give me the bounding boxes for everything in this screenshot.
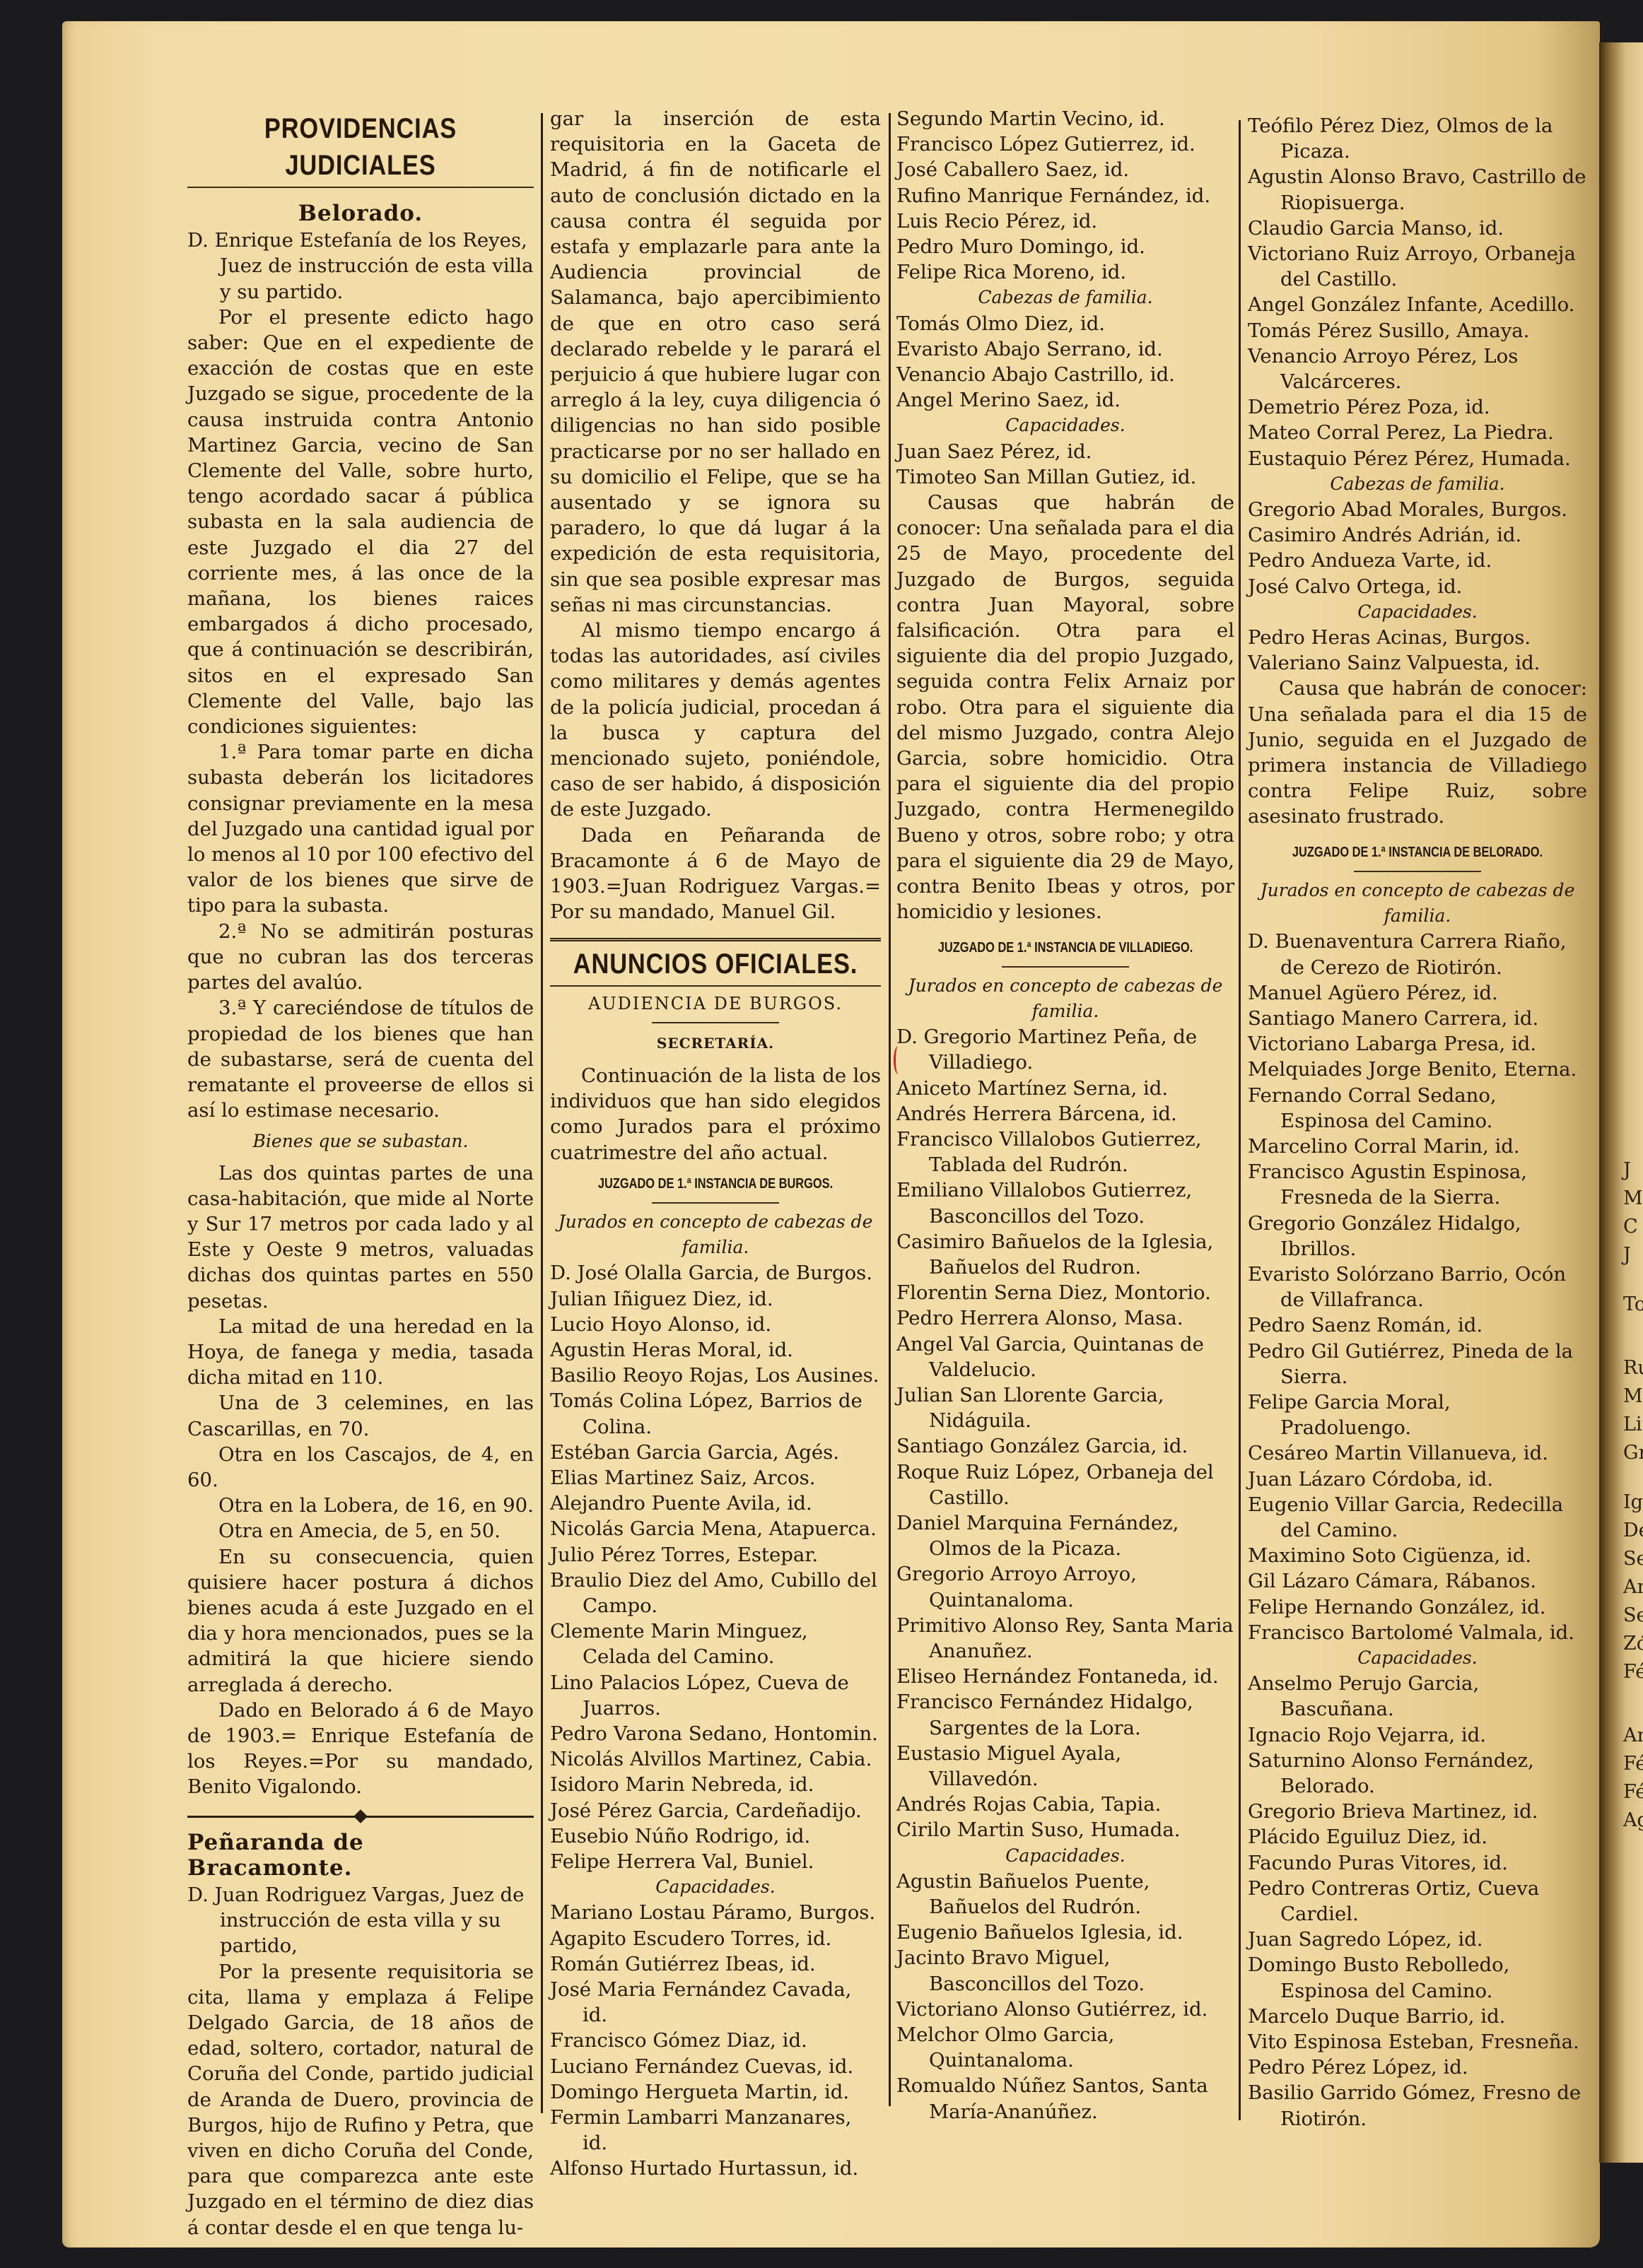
list-item: José Pérez Garcia, Cardeñadijo. bbox=[550, 1798, 881, 1823]
next-page-fragment: Féli bbox=[1623, 1781, 1643, 1803]
next-page-fragment: Féli bbox=[1623, 1753, 1643, 1775]
list-item: D. Gregorio Martinez Peña, de Villadiego… bbox=[896, 1024, 1234, 1075]
capacidades-heading: Capacidades. bbox=[1248, 1645, 1587, 1671]
short-rule bbox=[652, 1202, 779, 1204]
continued-paragraph: gar la inserción de esta requisitoria en… bbox=[550, 106, 881, 618]
list-item: Andrés Rojas Cabia, Tapia. bbox=[896, 1792, 1234, 1817]
list-item: Julian Iñiguez Diez, id. bbox=[550, 1286, 881, 1312]
goods-heading: Bienes que se subastan. bbox=[187, 1129, 534, 1154]
list-item: Eliseo Hernández Fontaneda, id. bbox=[896, 1664, 1234, 1689]
list-item: Agustin Heras Moral, id. bbox=[550, 1337, 881, 1363]
list-item: Basilio Garrido Gómez, Fresno de Riotiró… bbox=[1248, 2080, 1587, 2131]
list-item: Marcelo Duque Barrio, id. bbox=[1248, 2004, 1587, 2029]
list-item: Eugenio Villar Garcia, Redecilla del Cam… bbox=[1248, 1492, 1587, 1543]
list-item: Florentin Serna Diez, Montorio. bbox=[896, 1280, 1234, 1305]
list-item: Demetrio Pérez Poza, id. bbox=[1248, 394, 1587, 420]
short-rule bbox=[652, 1022, 779, 1023]
list-item: Gregorio Brieva Martinez, id. bbox=[1248, 1799, 1587, 1824]
list-item: Juan Lázaro Córdoba, id. bbox=[1248, 1467, 1587, 1492]
list-item: Francisco Gómez Diaz, id. bbox=[550, 2028, 881, 2053]
list-item: Teófilo Pérez Diez, Olmos de la Picaza. bbox=[1248, 113, 1587, 164]
secretaria-heading: SECRETARÍA. bbox=[550, 1030, 881, 1056]
list-item: Mariano Lostau Páramo, Burgos. bbox=[550, 1900, 881, 1925]
list-item: Agapito Escudero Torres, id. bbox=[550, 1926, 881, 1951]
list-item: Victoriano Labarga Presa, id. bbox=[1248, 1031, 1587, 1057]
judge-line: D. Enrique Estefanía de los Reyes, Juez … bbox=[187, 228, 534, 305]
list-item: Victoriano Alonso Gutiérrez, id. bbox=[896, 1997, 1234, 2022]
list-item: Segundo Martin Vecino, id. bbox=[896, 106, 1234, 131]
list-item: Venancio Arroyo Pérez, Los Valcárceres. bbox=[1248, 343, 1587, 394]
next-page-fragment: Ser bbox=[1623, 1548, 1643, 1570]
column-2: gar la inserción de esta requisitoria en… bbox=[550, 106, 881, 2182]
list-item: Daniel Marquina Fernández, Olmos de la P… bbox=[896, 1510, 1234, 1561]
list-item: Pedro Varona Sedano, Hontomin. bbox=[550, 1721, 881, 1746]
list-item: Elias Martinez Saiz, Arcos. bbox=[550, 1465, 881, 1491]
list-item: Francisco Fernández Hidalgo, Sargentes d… bbox=[896, 1689, 1234, 1740]
consequence-paragraph: En su consecuencia, quien quisiere hacer… bbox=[187, 1544, 534, 1698]
list-item: Eusebio Núño Rodrigo, id. bbox=[550, 1823, 881, 1849]
list-item: José Maria Fernández Cavada, id. bbox=[550, 1977, 881, 2028]
list-item: Pedro Heras Acinas, Burgos. bbox=[1248, 625, 1587, 650]
requisition-paragraph: Por la presente requisitoria se cita, ll… bbox=[187, 1959, 534, 2240]
list-item: Domingo Hergueta Martin, id. bbox=[550, 2079, 881, 2105]
list-item: Agustin Bañuelos Puente, Bañuelos del Ru… bbox=[896, 1869, 1234, 1920]
list-item: Angel González Infante, Acedillo. bbox=[1248, 292, 1587, 317]
next-page-fragment: Aga bbox=[1623, 1809, 1643, 1831]
court-heading: JUZGADO DE 1.ª INSTANCIA DE VILLADIEGO. bbox=[927, 935, 1204, 960]
cabezas-heading: Cabezas de familia. bbox=[1248, 471, 1587, 497]
list-item: Pedro Gil Gutiérrez, Pineda de la Sierra… bbox=[1248, 1339, 1587, 1389]
list-item: Rufino Manrique Fernández, id. bbox=[896, 183, 1234, 208]
list-item: Manuel Agüero Pérez, id. bbox=[1248, 980, 1587, 1006]
capacidades-list: Mariano Lostau Páramo, Burgos. Agapito E… bbox=[550, 1900, 881, 2181]
list-item: Marcelino Corral Marin, id. bbox=[1248, 1134, 1587, 1159]
intro-paragraph: Continuación de la lista de los individu… bbox=[550, 1063, 881, 1165]
list-item: Gregorio González Hidalgo, Ibrillos. bbox=[1248, 1211, 1587, 1262]
court-heading: JUZGADO DE 1.ª INSTANCIA DE BELORADO. bbox=[1278, 840, 1557, 865]
list-item: Eugenio Bañuelos Iglesia, id. bbox=[896, 1920, 1234, 1945]
list-item: Eustasio Miguel Ayala, Villavedón. bbox=[896, 1741, 1234, 1792]
next-page-fragment: J bbox=[1623, 1159, 1631, 1181]
goods-item: Otra en Amecia, de 5, en 50. bbox=[187, 1518, 534, 1544]
list-item: Valeriano Sainz Valpuesta, id. bbox=[1248, 650, 1587, 676]
column-3: Segundo Martin Vecino, id. Francisco Lóp… bbox=[896, 106, 1234, 2125]
next-page-fragment: C bbox=[1623, 1216, 1638, 1238]
short-rule bbox=[1354, 871, 1481, 872]
next-page-fragment: To bbox=[1623, 1293, 1643, 1315]
section-rule bbox=[550, 938, 881, 941]
jurados-heading: Jurados en concepto de cabezas de famili… bbox=[1248, 878, 1587, 929]
list-item: Fermin Lambarri Manzanares, id. bbox=[550, 2105, 881, 2156]
list-item: Nicolás Garcia Mena, Atapuerca. bbox=[550, 1516, 881, 1541]
list-item: Pedro Muro Domingo, id. bbox=[896, 234, 1234, 259]
list-item: Nicolás Alvillos Martinez, Cabia. bbox=[550, 1746, 881, 1772]
next-page-fragment: Zós bbox=[1623, 1633, 1643, 1655]
list-item: Primitivo Alonso Rey, Santa Maria Ananuñ… bbox=[896, 1613, 1234, 1664]
condition-3: 3.ª Y careciéndose de títulos de propied… bbox=[187, 995, 534, 1123]
list-item: Julian San Llorente Garcia, Nidáguila. bbox=[896, 1382, 1234, 1433]
court-heading: JUZGADO DE 1.ª INSTANCIA DE BURGOS. bbox=[580, 1171, 851, 1197]
capacidades-list: Agustin Bañuelos Puente, Bañuelos del Ru… bbox=[896, 1869, 1234, 2125]
list-item: Francisco López Gutierrez, id. bbox=[896, 131, 1234, 157]
next-page-edge: JMCJToRuMeLinGrIgnDeSerAnSerZósFélAngFél… bbox=[1599, 42, 1643, 2163]
list-item: Romualdo Núñez Santos, Santa María-Ananú… bbox=[896, 2073, 1234, 2124]
list-item: Venancio Abajo Castrillo, id. bbox=[896, 362, 1234, 387]
continued-list: Teófilo Pérez Diez, Olmos de la Picaza. … bbox=[1248, 113, 1587, 471]
list-item: Alfonso Hurtado Hurtassun, id. bbox=[550, 2156, 881, 2181]
list-item: Anselmo Perujo Garcia, Bascuñana. bbox=[1248, 1671, 1587, 1722]
goods-item: Otra en los Cascajos, de 4, en 60. bbox=[187, 1442, 534, 1493]
list-item: Aniceto Martínez Serna, id. bbox=[896, 1076, 1234, 1101]
list-item: Timoteo San Millan Gutiez, id. bbox=[896, 464, 1234, 490]
next-page-fragment: Gr bbox=[1623, 1442, 1643, 1464]
list-item: Pedro Pérez López, id. bbox=[1248, 2055, 1587, 2080]
list-item: Fernando Corral Sedano, Espinosa del Cam… bbox=[1248, 1083, 1587, 1134]
next-page-fragment: An bbox=[1623, 1576, 1643, 1598]
continued-list: Segundo Martin Vecino, id. Francisco Lóp… bbox=[896, 106, 1234, 285]
next-page-fragment: De bbox=[1623, 1520, 1643, 1541]
list-item: Luis Recio Pérez, id. bbox=[896, 208, 1234, 234]
list-item: Tomás Colina López, Barrios de Colina. bbox=[550, 1388, 881, 1439]
list-item: Agustin Alonso Bravo, Castrillo de Riopi… bbox=[1248, 164, 1587, 215]
title-rule bbox=[550, 985, 881, 987]
list-item: Juan Sagredo López, id. bbox=[1248, 1927, 1587, 1952]
list-item: D. José Olalla Garcia, de Burgos. bbox=[550, 1260, 881, 1286]
list-item: Santiago Manero Carrera, id. bbox=[1248, 1006, 1587, 1031]
list-item: Ignacio Rojo Vejarra, id. bbox=[1248, 1722, 1587, 1748]
list-item: Isidoro Marin Nebreda, id. bbox=[550, 1772, 881, 1797]
condition-1: 1.ª Para tomar parte en dicha subasta de… bbox=[187, 739, 534, 918]
list-item: José Calvo Ortega, id. bbox=[1248, 574, 1587, 599]
list-item: Tomás Pérez Susillo, Amaya. bbox=[1248, 318, 1587, 343]
list-item: D. Buenaventura Carrera Riaño, de Cerezo… bbox=[1248, 929, 1587, 980]
judge-line: D. Juan Rodriguez Vargas, Juez de instru… bbox=[187, 1882, 534, 1959]
list-item: Angel Val Garcia, Quintanas de Valdeluci… bbox=[896, 1332, 1234, 1382]
cabezas-list: D. Buenaventura Carrera Riaño, de Cerezo… bbox=[1248, 929, 1587, 1645]
next-page-fragment: Fél bbox=[1623, 1661, 1643, 1683]
list-item: Román Gutiérrez Ibeas, id. bbox=[550, 1951, 881, 1977]
next-page-fragment: Ser bbox=[1623, 1604, 1643, 1626]
causes-paragraph: Causas que habrán de conocer: Una señala… bbox=[896, 490, 1234, 924]
list-item: Pedro Contreras Ortiz, Cueva Cardiel. bbox=[1248, 1876, 1587, 1927]
list-item: Felipe Hernando González, id. bbox=[1248, 1594, 1587, 1620]
list-item: Cirilo Martin Suso, Humada. bbox=[896, 1817, 1234, 1843]
column-4: Teófilo Pérez Diez, Olmos de la Picaza. … bbox=[1248, 113, 1587, 2132]
jurados-heading: Jurados en concepto de cabezas de famili… bbox=[550, 1209, 881, 1260]
list-item: Evaristo Abajo Serrano, id. bbox=[896, 336, 1234, 362]
capture-paragraph: Al mismo tiempo encargo á todas las auto… bbox=[550, 618, 881, 823]
list-item: Casimiro Bañuelos de la Iglesia, Bañuelo… bbox=[896, 1229, 1234, 1280]
list-item: José Caballero Saez, id. bbox=[896, 157, 1234, 182]
place-heading: Peñaranda de Bracamonte. bbox=[187, 1830, 534, 1881]
next-page-fragment: Ang bbox=[1623, 1724, 1643, 1746]
edict-paragraph: Por el presente edicto hago saber: Que e… bbox=[187, 305, 534, 739]
cabezas-list: D. Gregorio Martinez Peña, de Villadiego… bbox=[896, 1024, 1234, 1843]
list-item: Eustaquio Pérez Pérez, Humada. bbox=[1248, 446, 1587, 471]
list-item: Casimiro Andrés Adrián, id. bbox=[1248, 522, 1587, 548]
goods-item: La mitad de una heredad en la Hoya, de f… bbox=[187, 1314, 534, 1391]
list-item: Gregorio Arroyo Arroyo, Quintanaloma. bbox=[896, 1561, 1234, 1612]
place-heading: Belorado. bbox=[187, 201, 534, 226]
list-item: Roque Ruiz López, Orbaneja del Castillo. bbox=[896, 1459, 1234, 1510]
list-item: Claudio Garcia Manso, id. bbox=[1248, 216, 1587, 241]
capacidades-heading: Capacidades. bbox=[896, 413, 1234, 438]
title-rule bbox=[187, 187, 534, 188]
list-item: Lino Palacios López, Cueva de Juarros. bbox=[550, 1670, 881, 1721]
list-item: Gregorio Abad Morales, Burgos. bbox=[1248, 497, 1587, 522]
capacidades-heading: Capacidades. bbox=[550, 1874, 881, 1900]
list-item: Cesáreo Martin Villanueva, id. bbox=[1248, 1440, 1587, 1466]
list-item: Braulio Diez del Amo, Cubillo del Campo. bbox=[550, 1568, 881, 1618]
condition-2: 2.ª No se admitirán posturas que no cubr… bbox=[187, 919, 534, 996]
column-divider bbox=[1239, 120, 1241, 2120]
column-divider bbox=[541, 113, 543, 2113]
list-item: Felipe Garcia Moral, Pradoluengo. bbox=[1248, 1389, 1587, 1440]
goods-item: Las dos quintas partes de una casa-habit… bbox=[187, 1161, 534, 1314]
list-item: Clemente Marin Minguez, Celada del Camin… bbox=[550, 1618, 881, 1669]
capacidades-list: Anselmo Perujo Garcia, Bascuñana. Ignaci… bbox=[1248, 1671, 1587, 2132]
signature: Dada en Peñaranda de Bracamonte á 6 de M… bbox=[550, 823, 881, 925]
ornamental-rule bbox=[187, 1810, 534, 1823]
list-item: Tomás Olmo Diez, id. bbox=[896, 311, 1234, 336]
column-1: PROVIDENCIAS JUDICIALES Belorado. D. Enr… bbox=[187, 106, 534, 2240]
cabezas-list: D. José Olalla Garcia, de Burgos. Julian… bbox=[550, 1260, 881, 1874]
list-item: Maximino Soto Cigüenza, id. bbox=[1248, 1543, 1587, 1568]
list-item: Facundo Puras Vitores, id. bbox=[1248, 1850, 1587, 1876]
list-item: Plácido Eguiluz Diez, id. bbox=[1248, 1824, 1587, 1850]
short-rule bbox=[1002, 966, 1129, 968]
goods-item: Otra en la Lobera, de 16, en 90. bbox=[187, 1493, 534, 1518]
list-item: Victoriano Ruiz Arroyo, Orbaneja del Cas… bbox=[1248, 241, 1587, 292]
list-item: Pedro Herrera Alonso, Masa. bbox=[896, 1305, 1234, 1331]
next-page-fragment: Me bbox=[1623, 1385, 1643, 1407]
next-page-fragment: M bbox=[1623, 1187, 1643, 1209]
list-item: Mateo Corral Perez, La Piedra. bbox=[1248, 420, 1587, 445]
list-item: Melquiades Jorge Benito, Eterna. bbox=[1248, 1057, 1587, 1082]
column-divider bbox=[889, 113, 891, 2106]
list-item: Lucio Hoyo Alonso, id. bbox=[550, 1312, 881, 1337]
list-item: Domingo Busto Rebolledo, Espinosa del Ca… bbox=[1248, 1952, 1587, 2003]
list-item: Vito Espinosa Esteban, Fresneña. bbox=[1248, 2029, 1587, 2055]
list-item: Basilio Reoyo Rojas, Los Ausines. bbox=[550, 1363, 881, 1388]
list-item: Felipe Herrera Val, Buniel. bbox=[550, 1849, 881, 1874]
list-item: Pedro Andueza Varte, id. bbox=[1248, 548, 1587, 573]
list-item: Alejandro Puente Avila, id. bbox=[550, 1491, 881, 1516]
next-page-fragment: Ign bbox=[1623, 1491, 1643, 1513]
list-item: Julio Pérez Torres, Estepar. bbox=[550, 1542, 881, 1568]
cause-paragraph: Causa que habrán de conocer: Una señalad… bbox=[1248, 676, 1587, 829]
list-item: Francisco Bartolomé Valmala, id. bbox=[1248, 1620, 1587, 1645]
next-page-fragment: Ru bbox=[1623, 1357, 1643, 1379]
list-item: Francisco Agustin Espinosa, Fresneda de … bbox=[1248, 1159, 1587, 1210]
list-item: Francisco Villalobos Gutierrez, Tablada … bbox=[896, 1127, 1234, 1177]
list-item: Andrés Herrera Bárcena, id. bbox=[896, 1101, 1234, 1127]
section-title: PROVIDENCIAS JUDICIALES bbox=[211, 110, 509, 184]
next-page-fragment: Lin bbox=[1623, 1414, 1643, 1435]
next-page-fragment: J bbox=[1623, 1244, 1631, 1266]
list-item: Felipe Rica Moreno, id. bbox=[896, 259, 1234, 285]
list-item: Juan Saez Pérez, id. bbox=[896, 439, 1234, 464]
goods-item: Una de 3 celemines, en las Cascarillas, … bbox=[187, 1390, 534, 1441]
signature: Dado en Belorado á 6 de Mayo de 1903.= E… bbox=[187, 1698, 534, 1800]
list-item: Estéban Garcia Garcia, Agés. bbox=[550, 1440, 881, 1465]
list-item: Pedro Saenz Román, id. bbox=[1248, 1312, 1587, 1338]
jurados-heading: Jurados en concepto de cabezas de famili… bbox=[896, 973, 1234, 1024]
section-title: ANUNCIOS OFICIALES. bbox=[573, 946, 858, 982]
capacidades-heading: Capacidades. bbox=[1248, 599, 1587, 625]
list-item: Angel Merino Saez, id. bbox=[896, 387, 1234, 413]
list-item: Saturnino Alonso Fernández, Belorado. bbox=[1248, 1748, 1587, 1799]
list-item: Jacinto Bravo Miguel, Basconcillos del T… bbox=[896, 1945, 1234, 1996]
list-item: Santiago González Garcia, id. bbox=[896, 1433, 1234, 1459]
list-item: Gil Lázaro Cámara, Rábanos. bbox=[1248, 1568, 1587, 1594]
audiencia-heading: AUDIENCIA DE BURGOS. bbox=[550, 991, 881, 1016]
list-item: Emiliano Villalobos Gutierrez, Basconcil… bbox=[896, 1177, 1234, 1228]
cabezas-heading: Cabezas de familia. bbox=[896, 285, 1234, 310]
list-item: Luciano Fernández Cuevas, id. bbox=[550, 2054, 881, 2079]
list-item: Melchor Olmo Garcia, Quintanaloma. bbox=[896, 2022, 1234, 2073]
capacidades-heading: Capacidades. bbox=[896, 1843, 1234, 1869]
list-item: Evaristo Solórzano Barrio, Ocón de Villa… bbox=[1248, 1262, 1587, 1312]
